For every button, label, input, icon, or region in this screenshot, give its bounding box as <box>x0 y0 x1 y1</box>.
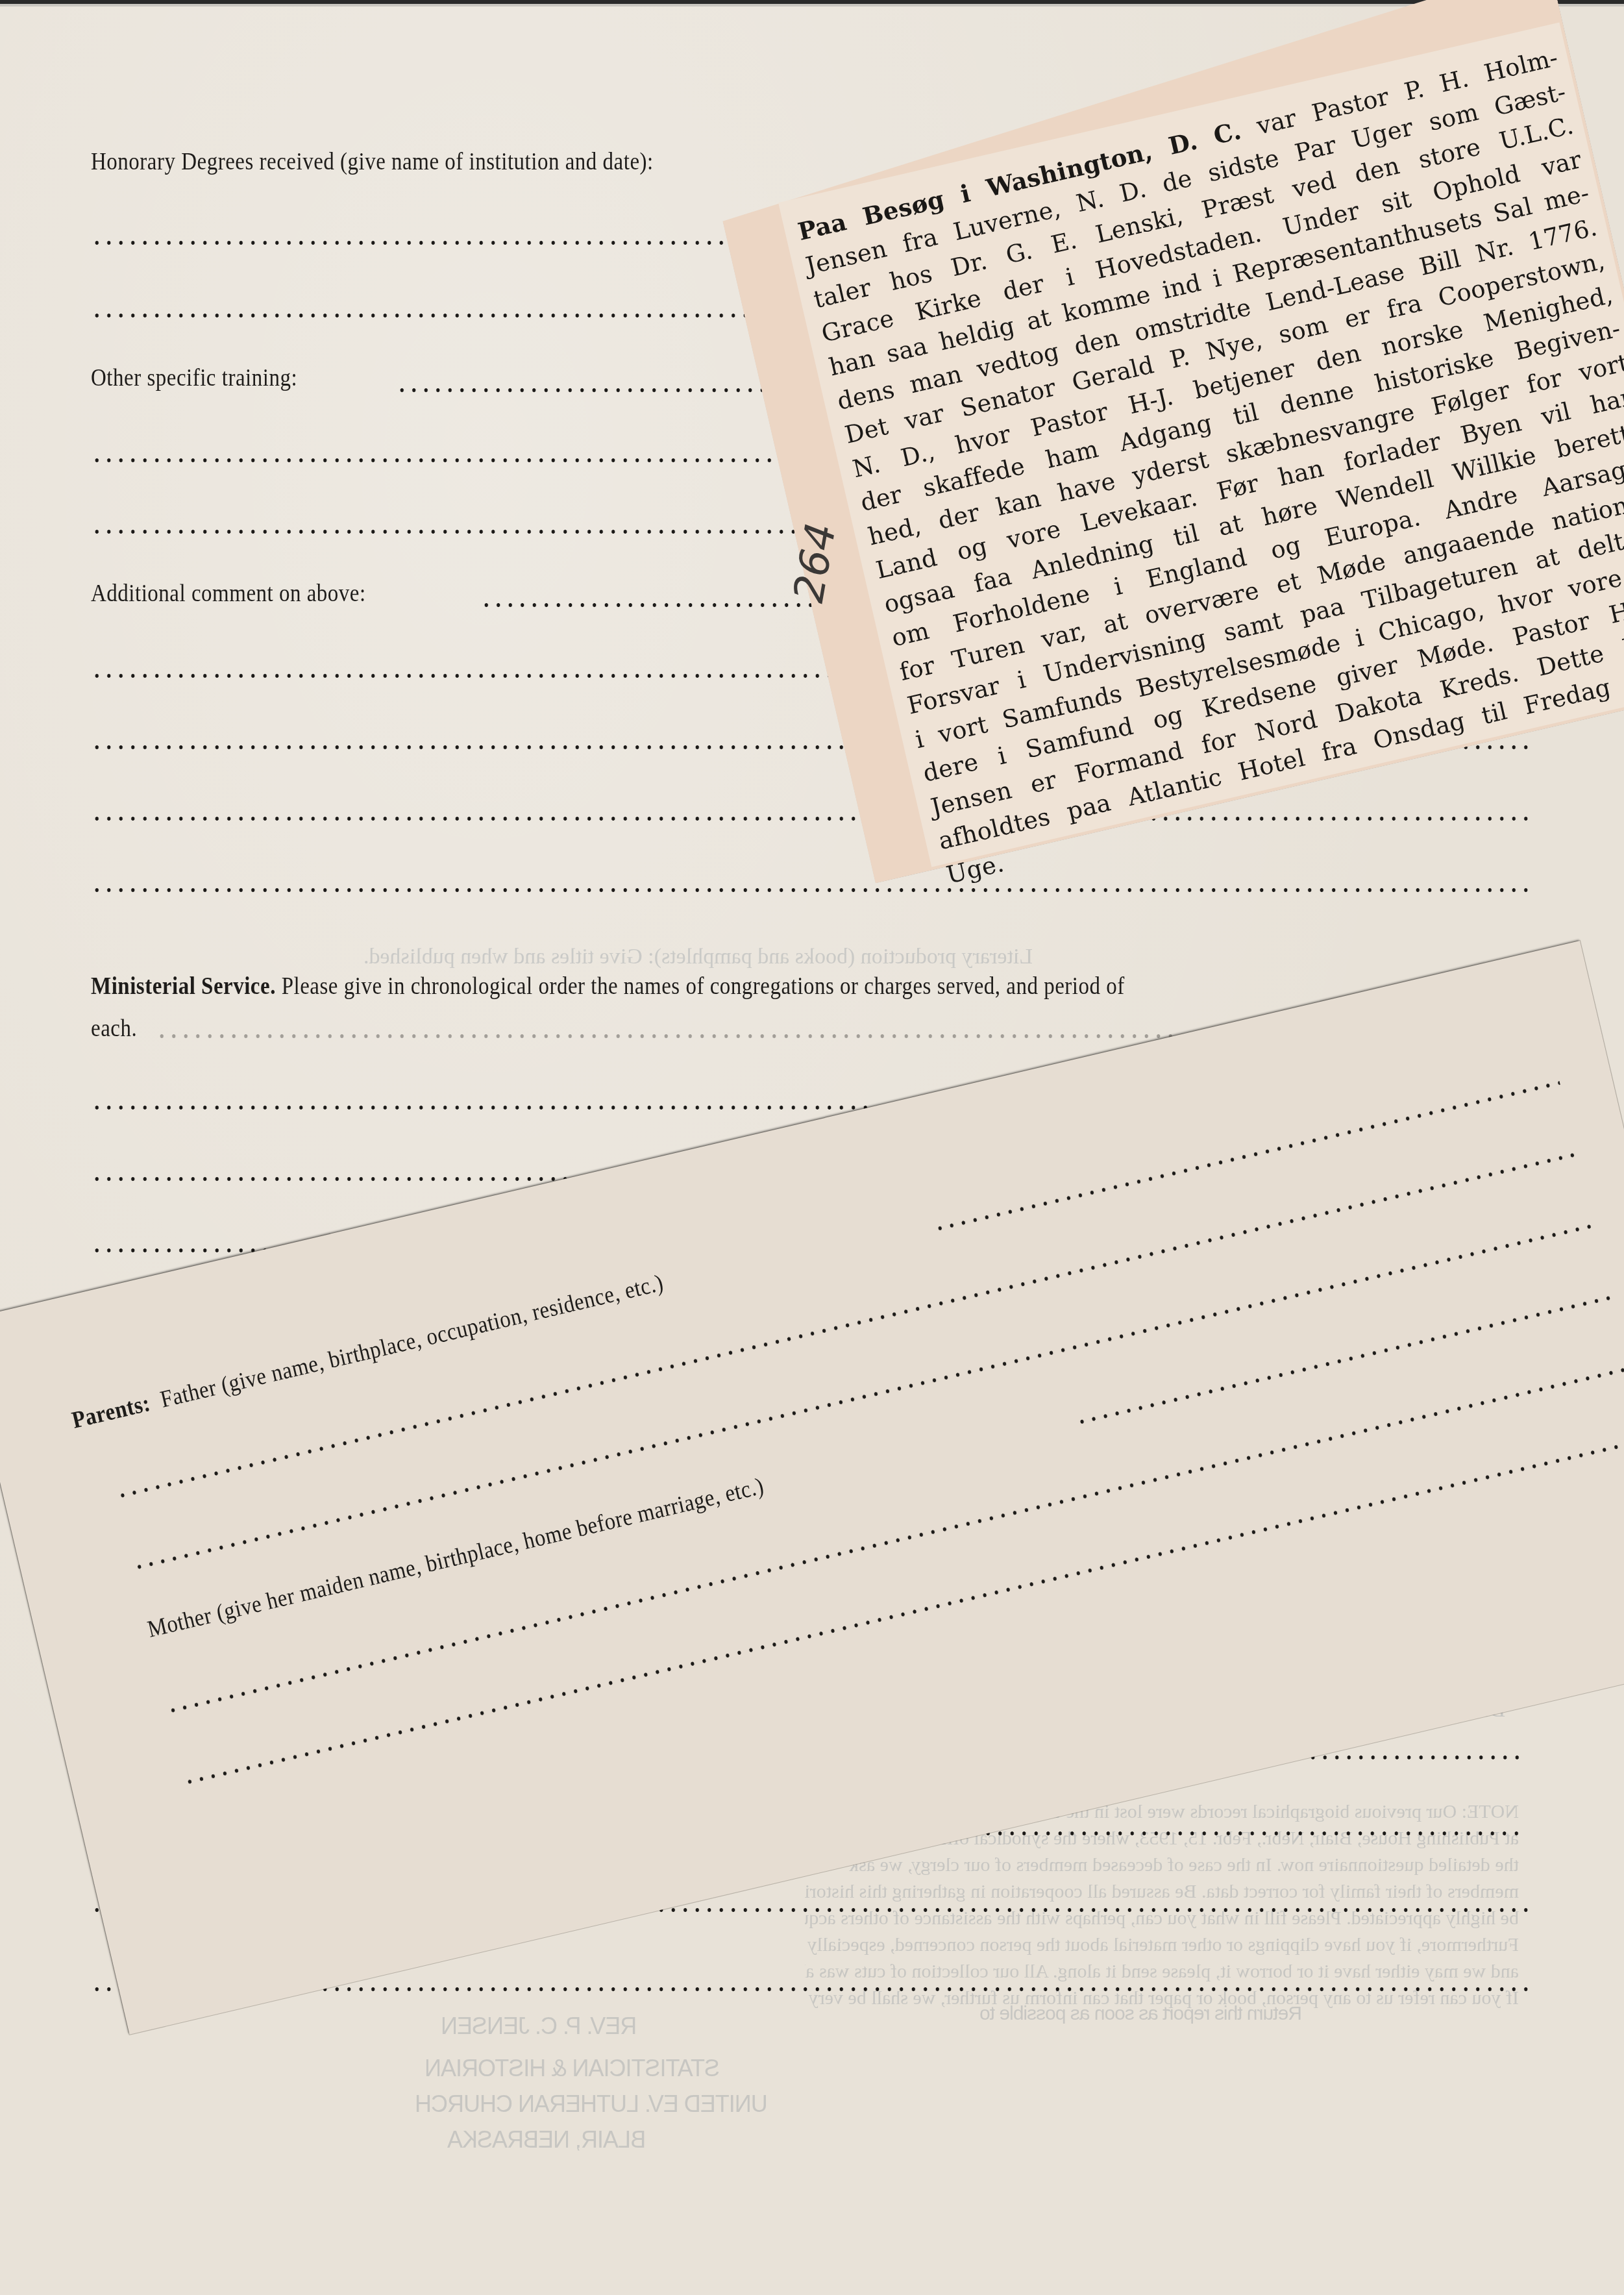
form-page: Literary production (books and pamphlets… <box>0 0 1624 2295</box>
ministerial-service-text-cont: each. <box>91 1016 137 1043</box>
bleed-stamp-3: UNITED EV. LUTHERAN CHURCH <box>415 2090 768 2118</box>
additional-comment-label: Additional comment on above: <box>91 581 366 608</box>
additional-comment-line-5[interactable] <box>91 887 1532 893</box>
ministerial-service-label: Ministerial Service. Please give in chro… <box>91 974 1125 1000</box>
other-training-label: Other specific training: <box>91 366 297 392</box>
bleed-return: Return this report as soon as possible t… <box>980 2003 1302 2025</box>
honorary-degrees-label: Honorary Degrees received (give name of … <box>91 149 654 176</box>
bleed-note-line: members of their family for correct data… <box>805 1878 1519 1905</box>
bleed-note-line: and we may either have it or borrow it, … <box>805 1958 1519 1985</box>
ministerial-service-heading: Ministerial Service. <box>91 974 276 1000</box>
bleed-note-line: Furthermore, if you have clippings or ot… <box>805 1931 1519 1958</box>
bleed-stamp-2: STATISTICIAN & HISTORIAN <box>425 2055 720 2082</box>
ministerial-service-text: Please give in chronological order the n… <box>282 974 1125 1000</box>
bleed-literary: Literary production (books and pamphlets… <box>363 945 1033 969</box>
bleed-stamp-4: BLAIR, NEBRASKA <box>448 2126 646 2153</box>
additional-comment-line-4[interactable] <box>91 816 1532 821</box>
bleed-stamp-1: REV. P. C. JENSEN <box>441 2013 637 2040</box>
newspaper-clipping: Paa Besøg i Washington, D. C. var Pastor… <box>707 0 1624 884</box>
